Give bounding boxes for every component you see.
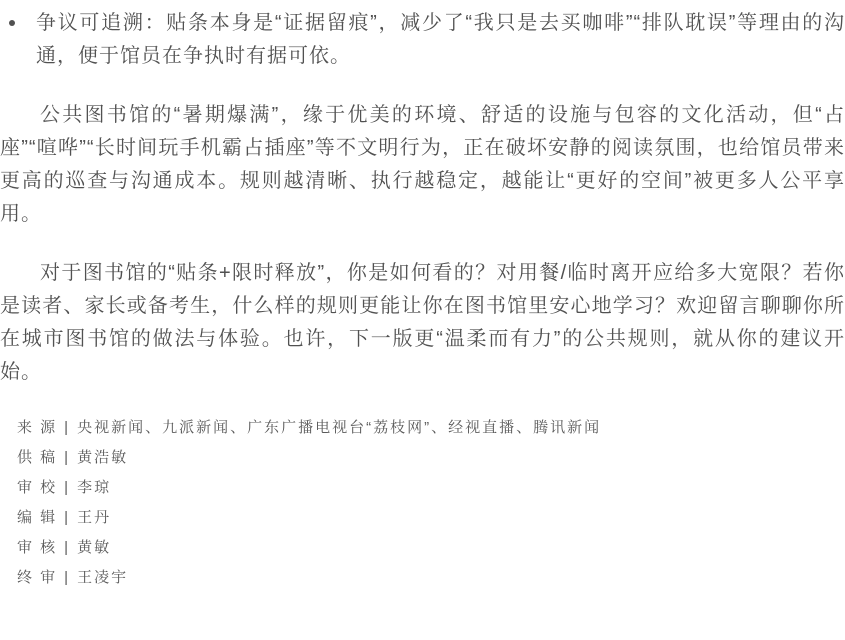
credit-label: 编 辑 <box>17 509 57 526</box>
credits-section: 来 源|央视新闻、九派新闻、广东广播电视台“荔枝网”、经视直播、腾讯新闻 供 稿… <box>0 413 845 593</box>
credit-separator: | <box>64 539 70 556</box>
credit-value: 央视新闻、九派新闻、广东广播电视台“荔枝网”、经视直播、腾讯新闻 <box>77 419 601 436</box>
credit-line-editor: 编 辑|王丹 <box>17 503 845 533</box>
credit-line-source: 来 源|央视新闻、九派新闻、广东广播电视台“荔枝网”、经视直播、腾讯新闻 <box>17 413 845 443</box>
credit-label: 来 源 <box>17 419 57 436</box>
credit-separator: | <box>64 449 70 466</box>
bullet-text: 争议可追溯：贴条本身是“证据留痕”，减少了“我只是去买咖啡”“排队耽误”等理由的… <box>36 12 845 67</box>
credit-value: 王凌宇 <box>77 569 128 586</box>
credit-line-reviewer: 审 核|黄敏 <box>17 533 845 563</box>
bullet-list: 争议可追溯：贴条本身是“证据留痕”，减少了“我只是去买咖啡”“排队耽误”等理由的… <box>0 7 845 73</box>
credit-label: 审 核 <box>17 539 57 556</box>
bullet-icon <box>9 20 15 26</box>
credit-label: 供 稿 <box>17 449 57 466</box>
credit-separator: | <box>64 569 70 586</box>
credit-line-final-reviewer: 终 审|王凌宇 <box>17 563 845 593</box>
paragraph-reader-question: 对于图书馆的“贴条+限时释放”，你是如何看的？对用餐/临时离开应给多大宽限？若你… <box>0 257 845 389</box>
bullet-item: 争议可追溯：贴条本身是“证据留痕”，减少了“我只是去买咖啡”“排队耽误”等理由的… <box>0 7 845 73</box>
paragraph-library-overcrowding: 公共图书馆的“暑期爆满”，缘于优美的环境、舒适的设施与包容的文化活动，但“占座”… <box>0 99 845 231</box>
credit-value: 王丹 <box>77 509 111 526</box>
credit-value: 李琼 <box>77 479 111 496</box>
credit-separator: | <box>64 419 70 436</box>
article-content: 争议可追溯：贴条本身是“证据留痕”，减少了“我只是去买咖啡”“排队耽误”等理由的… <box>0 0 845 640</box>
credit-line-proofreader: 审 校|李琼 <box>17 473 845 503</box>
credit-value: 黄浩敏 <box>77 449 128 466</box>
credit-value: 黄敏 <box>77 539 111 556</box>
credit-label: 审 校 <box>17 479 57 496</box>
credit-separator: | <box>64 509 70 526</box>
credit-label: 终 审 <box>17 569 57 586</box>
credit-line-contributor: 供 稿|黄浩敏 <box>17 443 845 473</box>
credit-separator: | <box>64 479 70 496</box>
